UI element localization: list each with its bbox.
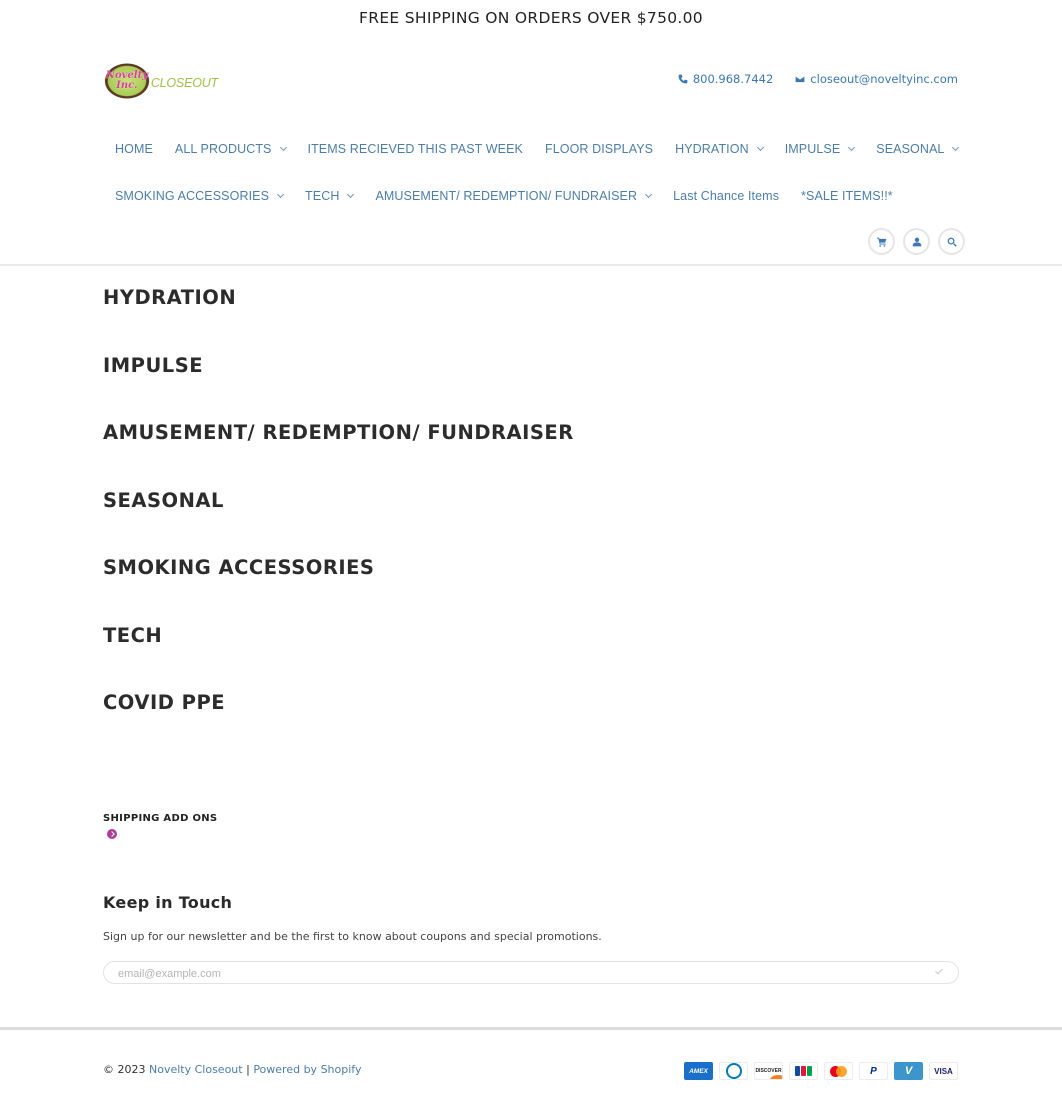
nav-row-2: SMOKING ACCESSORIESTECHAMUSEMENT/ REDEMP…	[104, 186, 904, 206]
collection-title-smoking-accessories[interactable]: SMOKING ACCESSORIES	[103, 554, 574, 622]
venmo-icon: V	[894, 1062, 923, 1080]
account-button[interactable]	[903, 228, 930, 255]
collection-title-seasonal[interactable]: SEASONAL	[103, 487, 574, 555]
nav-item-hydration[interactable]: HYDRATION	[664, 142, 774, 156]
shipping-addons: SHIPPING ADD ONS	[103, 813, 217, 839]
cart-icon	[877, 237, 887, 247]
search-button[interactable]	[938, 228, 965, 255]
chevron-down-icon	[848, 144, 855, 151]
announcement-bar: FREE SHIPPING ON ORDERS OVER $750.00	[0, 0, 1062, 36]
chevron-down-icon	[952, 144, 959, 151]
chevron-down-icon	[347, 191, 354, 198]
header-divider	[0, 264, 1062, 266]
nav-item-home[interactable]: HOME	[104, 142, 164, 156]
mastercard-icon	[824, 1062, 853, 1080]
account-icon	[912, 237, 922, 247]
nav-item-tech[interactable]: TECH	[294, 189, 364, 203]
footer-divider	[0, 1027, 1062, 1030]
search-icon	[947, 237, 957, 247]
store-logo[interactable]: Novelty Inc. CLOSEOUT	[103, 60, 218, 102]
logo-badge-line2: Inc.	[116, 81, 138, 91]
discover-icon: DISCOVER	[754, 1062, 783, 1080]
nav-item-label: ITEMS RECIEVED THIS PAST WEEK	[308, 142, 523, 156]
payment-icons: AMEX DISCOVER P V VISA	[684, 1062, 958, 1080]
nav-item-label: TECH	[305, 189, 339, 203]
phone-link[interactable]: 800.968.7442	[678, 72, 773, 86]
nav-item-label: Last Chance Items	[673, 189, 779, 203]
header-contact: 800.968.7442 closeout@noveltyinc.com	[678, 72, 958, 86]
header-icon-buttons	[868, 228, 965, 255]
chevron-down-icon	[279, 144, 286, 151]
collection-title-hydration[interactable]: HYDRATION	[103, 284, 574, 352]
shipping-addons-title: SHIPPING ADD ONS	[103, 813, 217, 824]
envelope-icon	[795, 74, 805, 84]
collection-title-covid-ppe[interactable]: COVID PPE	[103, 689, 574, 757]
nav-item-label: SMOKING ACCESSORIES	[115, 189, 269, 203]
store-name-link[interactable]: Novelty Closeout	[149, 1063, 243, 1076]
nav-item-label: *SALE ITEMS!!*	[801, 189, 893, 203]
nav-item-impulse[interactable]: IMPULSE	[774, 142, 866, 156]
email-link[interactable]: closeout@noveltyinc.com	[795, 72, 958, 86]
nav-item-last-chance-items[interactable]: Last Chance Items	[662, 189, 790, 203]
nav-item-label: ALL PRODUCTS	[175, 142, 272, 156]
chevron-down-icon	[277, 191, 284, 198]
collection-title-impulse[interactable]: IMPULSE	[103, 352, 574, 420]
logo-text: CLOSEOUT	[151, 76, 218, 90]
collection-title-tech[interactable]: TECH	[103, 622, 574, 690]
logo-badge: Novelty Inc.	[103, 62, 151, 100]
diners-club-icon	[719, 1062, 748, 1080]
phone-number: 800.968.7442	[693, 72, 773, 86]
visa-icon: VISA	[929, 1062, 958, 1080]
nav-item-items-recieved-this-past-week[interactable]: ITEMS RECIEVED THIS PAST WEEK	[297, 142, 534, 156]
amex-icon: AMEX	[684, 1062, 713, 1080]
nav-item-seasonal[interactable]: SEASONAL	[865, 142, 969, 156]
checkmark-submit-icon[interactable]	[934, 967, 944, 977]
nav-item-label: HYDRATION	[675, 142, 749, 156]
chevron-down-icon	[757, 144, 764, 151]
nav-row-1: HOMEALL PRODUCTSITEMS RECIEVED THIS PAST…	[104, 139, 969, 159]
collection-list: HYDRATIONIMPULSEAMUSEMENT/ REDEMPTION/ F…	[103, 284, 574, 757]
nav-item-floor-displays[interactable]: FLOOR DISPLAYS	[534, 142, 664, 156]
paypal-icon: P	[859, 1062, 888, 1080]
chevron-down-icon	[645, 191, 652, 198]
cart-button[interactable]	[868, 228, 895, 255]
nav-item-label: AMUSEMENT/ REDEMPTION/ FUNDRAISER	[375, 189, 637, 203]
email-address: closeout@noveltyinc.com	[810, 72, 958, 86]
footer-separator: |	[246, 1063, 250, 1076]
phone-icon	[678, 74, 688, 84]
copyright-year: © 2023	[103, 1063, 146, 1076]
collection-title-amusement-redemption-fundraiser[interactable]: AMUSEMENT/ REDEMPTION/ FUNDRAISER	[103, 419, 574, 487]
newsletter-description: Sign up for our newsletter and be the fi…	[103, 930, 959, 943]
nav-item-label: SEASONAL	[876, 142, 944, 156]
newsletter-email-input[interactable]	[104, 964, 904, 985]
newsletter-form	[103, 961, 959, 984]
nav-item-label: HOME	[115, 142, 153, 156]
nav-item-sale-items[interactable]: *SALE ITEMS!!*	[790, 189, 904, 203]
nav-item-smoking-accessories[interactable]: SMOKING ACCESSORIES	[104, 189, 294, 203]
copyright: © 2023 Novelty Closeout | Powered by Sho…	[103, 1063, 361, 1076]
nav-item-label: FLOOR DISPLAYS	[545, 142, 653, 156]
nav-item-amusement-redemption-fundraiser[interactable]: AMUSEMENT/ REDEMPTION/ FUNDRAISER	[364, 189, 662, 203]
jcb-icon	[789, 1062, 818, 1080]
newsletter-section: Keep in Touch Sign up for our newsletter…	[103, 893, 959, 984]
arrow-circle-right-icon[interactable]	[107, 829, 117, 839]
powered-by-shopify-link[interactable]: Powered by Shopify	[253, 1063, 361, 1076]
nav-item-all-products[interactable]: ALL PRODUCTS	[164, 142, 297, 156]
newsletter-title: Keep in Touch	[103, 893, 959, 912]
nav-item-label: IMPULSE	[785, 142, 841, 156]
